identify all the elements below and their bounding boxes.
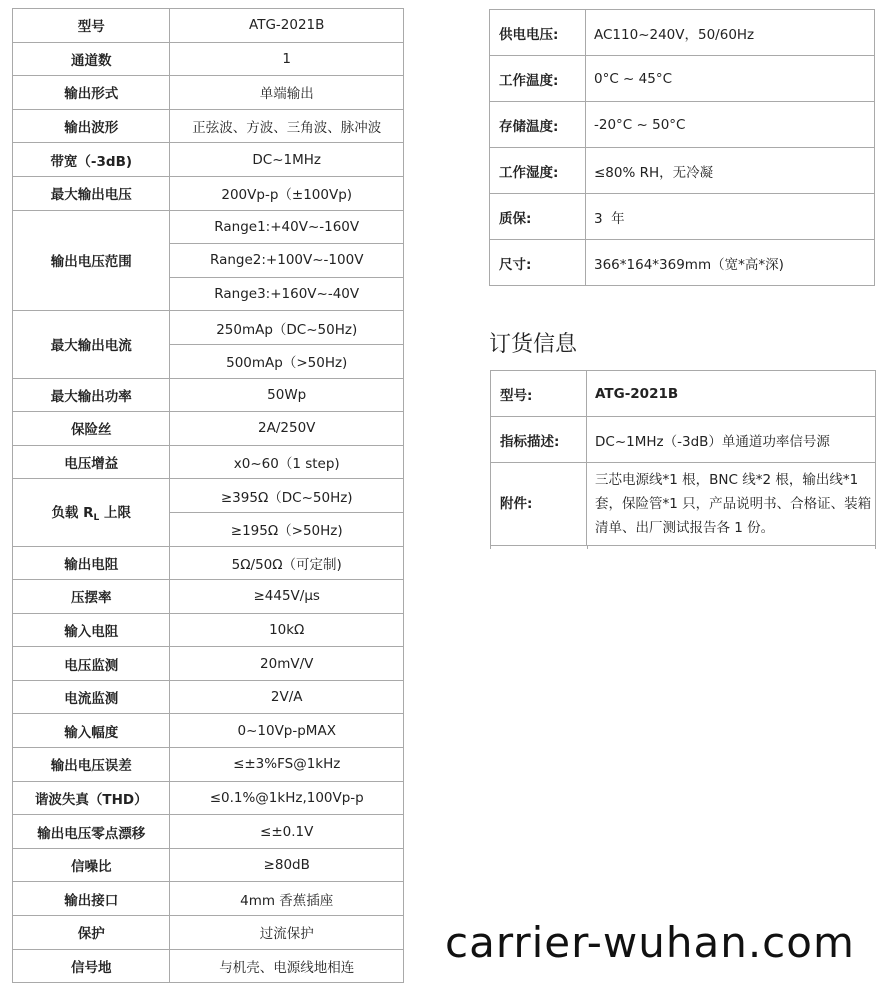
spec-value: ATG-2021B xyxy=(170,9,404,43)
table-row: 最大输出功率50Wp xyxy=(13,378,404,412)
spec-label: 带宽（-3dB) xyxy=(13,143,170,177)
table-row: 指标描述:DC~1MHz（-3dB）单通道功率信号源 xyxy=(491,417,876,463)
spec-label: 通道数 xyxy=(13,42,170,76)
table-row: 型号:ATG-2021B xyxy=(491,371,876,417)
spec-label: 谐波失真（THD） xyxy=(13,781,170,815)
table-row: 信噪比≥80dB xyxy=(13,848,404,882)
spec-value: Range2:+100V~-100V xyxy=(170,244,404,278)
order-label: 指标描述: xyxy=(491,417,587,463)
table-row: 型号ATG-2021B xyxy=(13,9,404,43)
environment-table: 供电电压:AC110~240V，50/60Hz 工作温度:0°C ~ 45°C … xyxy=(489,9,875,286)
order-value: DC~1MHz（-3dB）单通道功率信号源 xyxy=(587,417,876,463)
table-row: 附件:三芯电源线*1 根，BNC 线*2 根，输出线*1 套，保险管*1 只，产… xyxy=(491,463,876,546)
order-value: 三芯电源线*1 根，BNC 线*2 根，输出线*1 套，保险管*1 只，产品说明… xyxy=(587,463,876,546)
spec-table: 型号ATG-2021B 通道数1 输出形式单端输出 输出波形正弦波、方波、三角波… xyxy=(12,8,404,983)
spec-label: 输入电阻 xyxy=(13,613,170,647)
column-divider xyxy=(587,546,588,549)
table-row: 带宽（-3dB)DC~1MHz xyxy=(13,143,404,177)
spec-value: Range1:+40V~-160V xyxy=(170,210,404,244)
table-row: 输出电压误差≤±3%FS@1kHz xyxy=(13,748,404,782)
spec-value: 5Ω/50Ω（可定制) xyxy=(170,546,404,580)
table-row: 工作温度:0°C ~ 45°C xyxy=(490,56,875,102)
table-row: 负载 RL 上限 ≥395Ω（DC~50Hz) xyxy=(13,479,404,513)
env-value: 3 年 xyxy=(586,194,875,240)
spec-label: 最大输出电流 xyxy=(13,311,170,378)
table-row: 输入电阻10kΩ xyxy=(13,613,404,647)
spec-value: ≤±0.1V xyxy=(170,815,404,849)
env-value: AC110~240V，50/60Hz xyxy=(586,10,875,56)
spec-label: 电流监测 xyxy=(13,680,170,714)
spec-value: ≥445V/μs xyxy=(170,580,404,614)
spec-label: 输出电阻 xyxy=(13,546,170,580)
env-label: 尺寸: xyxy=(490,240,586,286)
spec-value: 2A/250V xyxy=(170,412,404,446)
env-value: 366*164*369mm（宽*高*深) xyxy=(586,240,875,286)
spec-label: 保护 xyxy=(13,916,170,950)
table-row: 尺寸:366*164*369mm（宽*高*深) xyxy=(490,240,875,286)
spec-label: 最大输出功率 xyxy=(13,378,170,412)
spec-value: 2V/A xyxy=(170,680,404,714)
table-row: 压摆率≥445V/μs xyxy=(13,580,404,614)
env-value: 0°C ~ 45°C xyxy=(586,56,875,102)
order-info-table: 型号:ATG-2021B 指标描述:DC~1MHz（-3dB）单通道功率信号源 … xyxy=(490,370,876,546)
spec-label: 电压增益 xyxy=(13,445,170,479)
table-row: 保险丝2A/250V xyxy=(13,412,404,446)
spec-value: 500mAp（>50Hz) xyxy=(170,344,404,378)
spec-label: 输出电压误差 xyxy=(13,748,170,782)
spec-value: 250mAp（DC~50Hz) xyxy=(170,311,404,345)
spec-value: 过流保护 xyxy=(170,916,404,950)
spec-value: 50Wp xyxy=(170,378,404,412)
spec-value: ≤0.1%@1kHz,100Vp-p xyxy=(170,781,404,815)
spec-label: 输出电压范围 xyxy=(13,210,170,311)
table-row: 存储温度:-20°C ~ 50°C xyxy=(490,102,875,148)
env-label: 工作湿度: xyxy=(490,148,586,194)
table-row: 保护过流保护 xyxy=(13,916,404,950)
spec-value: 0~10Vp-pMAX xyxy=(170,714,404,748)
table-row: 谐波失真（THD）≤0.1%@1kHz,100Vp-p xyxy=(13,781,404,815)
spec-value: 20mV/V xyxy=(170,647,404,681)
spec-value: ≥80dB xyxy=(170,848,404,882)
spec-value: 单端输出 xyxy=(170,76,404,110)
spec-label: 信噪比 xyxy=(13,848,170,882)
spec-label: 信号地 xyxy=(13,949,170,983)
spec-label: 输出接口 xyxy=(13,882,170,916)
spec-value: ≥195Ω（>50Hz) xyxy=(170,512,404,546)
spec-value: ≤±3%FS@1kHz xyxy=(170,748,404,782)
env-label: 质保: xyxy=(490,194,586,240)
label-suffix: 上限 xyxy=(99,505,131,521)
spec-label-load-rl: 负载 RL 上限 xyxy=(13,479,170,546)
table-row: 电压增益x0~60（1 step) xyxy=(13,445,404,479)
spec-value: 正弦波、方波、三角波、脉冲波 xyxy=(170,109,404,143)
table-row: 供电电压:AC110~240V，50/60Hz xyxy=(490,10,875,56)
table-row: 输出电压零点漂移≤±0.1V xyxy=(13,815,404,849)
spec-value: Range3:+160V~-40V xyxy=(170,277,404,311)
spec-label: 型号 xyxy=(13,9,170,43)
table-row: 通道数1 xyxy=(13,42,404,76)
spec-label: 压摆率 xyxy=(13,580,170,614)
table-row: 电压监测20mV/V xyxy=(13,647,404,681)
label-prefix: 负载 R xyxy=(51,505,93,521)
spec-value: x0~60（1 step) xyxy=(170,445,404,479)
env-value: -20°C ~ 50°C xyxy=(586,102,875,148)
env-label: 供电电压: xyxy=(490,10,586,56)
table-row: 电流监测2V/A xyxy=(13,680,404,714)
table-row: 输出电压范围Range1:+40V~-160V xyxy=(13,210,404,244)
table-row: 最大输出电流250mAp（DC~50Hz) xyxy=(13,311,404,345)
watermark-text: carrier-wuhan.com xyxy=(445,918,855,967)
env-label: 存储温度: xyxy=(490,102,586,148)
order-table-continuation xyxy=(490,546,876,549)
spec-label: 输出波形 xyxy=(13,109,170,143)
spec-label: 输出电压零点漂移 xyxy=(13,815,170,849)
table-row: 最大输出电压200Vp-p（±100Vp) xyxy=(13,176,404,210)
env-label: 工作温度: xyxy=(490,56,586,102)
spec-label: 最大输出电压 xyxy=(13,176,170,210)
order-label: 型号: xyxy=(491,371,587,417)
table-row: 输入幅度0~10Vp-pMAX xyxy=(13,714,404,748)
spec-value: 4mm 香蕉插座 xyxy=(170,882,404,916)
table-row: 质保:3 年 xyxy=(490,194,875,240)
spec-value: 200Vp-p（±100Vp) xyxy=(170,176,404,210)
spec-label: 电压监测 xyxy=(13,647,170,681)
spec-label: 输入幅度 xyxy=(13,714,170,748)
table-row: 输出电阻5Ω/50Ω（可定制) xyxy=(13,546,404,580)
order-info-heading: 订货信息 xyxy=(489,327,577,358)
spec-value: ≥395Ω（DC~50Hz) xyxy=(170,479,404,513)
table-row: 信号地与机壳、电源线地相连 xyxy=(13,949,404,983)
spec-value: DC~1MHz xyxy=(170,143,404,177)
spec-value: 10kΩ xyxy=(170,613,404,647)
order-label: 附件: xyxy=(491,463,587,546)
table-row: 输出波形正弦波、方波、三角波、脉冲波 xyxy=(13,109,404,143)
spec-label: 输出形式 xyxy=(13,76,170,110)
spec-value: 1 xyxy=(170,42,404,76)
table-row: 工作湿度:≤80% RH，无冷凝 xyxy=(490,148,875,194)
env-value: ≤80% RH，无冷凝 xyxy=(586,148,875,194)
spec-value: 与机壳、电源线地相连 xyxy=(170,949,404,983)
table-row: 输出接口4mm 香蕉插座 xyxy=(13,882,404,916)
table-row: 输出形式单端输出 xyxy=(13,76,404,110)
spec-label: 保险丝 xyxy=(13,412,170,446)
order-value: ATG-2021B xyxy=(587,371,876,417)
